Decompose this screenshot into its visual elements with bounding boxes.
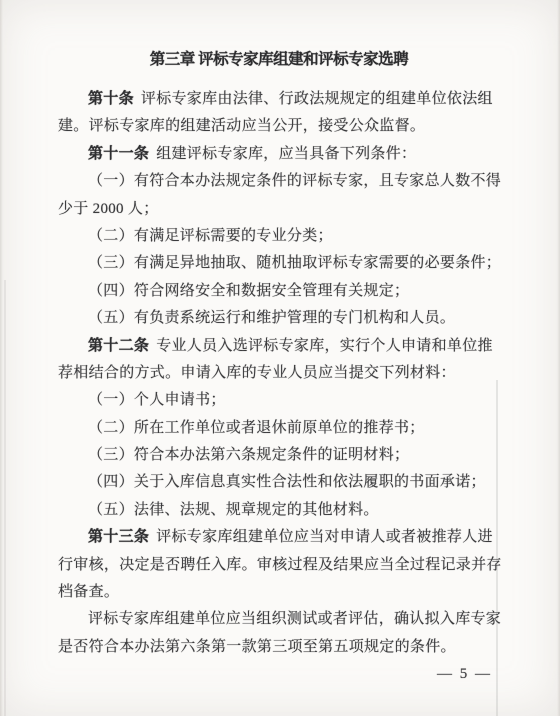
doc-line: 第十条评标专家库由法律、行政法规规定的组建单位依法组 bbox=[58, 86, 500, 113]
line-text: 档备查。 bbox=[58, 584, 119, 600]
doc-line: 评标专家库组建单位应当组织测试或者评估，确认拟入库专家 bbox=[58, 606, 500, 633]
doc-line: 少于 2000 人； bbox=[58, 196, 500, 223]
doc-line: 荐相结合的方式。申请入库的专业人员应当提交下列材料： bbox=[58, 360, 500, 387]
line-text: 评标专家库组建单位应当对申请人或者被推荐人进 bbox=[156, 529, 493, 545]
line-text: 少于 2000 人； bbox=[58, 201, 159, 217]
doc-line: 行审核，决定是否聘任入库。审核过程及结果应当全过程记录并存 bbox=[58, 552, 500, 579]
line-text: 建。评标专家库的组建活动应当公开，接受公众监督。 bbox=[58, 118, 425, 134]
line-text: （一）有符合本办法规定条件的评标专家，且专家总人数不得 bbox=[88, 173, 501, 189]
article-number: 第十三条 bbox=[88, 529, 149, 545]
line-text: （四）符合网络安全和数据安全管理有关规定； bbox=[88, 283, 409, 299]
doc-line: （三）有满足异地抽取、随机抽取评标专家需要的必要条件； bbox=[58, 250, 500, 277]
doc-line: （五）有负责系统运行和维护管理的专门机构和人员。 bbox=[58, 305, 500, 332]
chapter-title: 第三章 评标专家库组建和评标专家选聘 bbox=[58, 46, 500, 74]
doc-line: 建。评标专家库的组建活动应当公开，接受公众监督。 bbox=[58, 113, 500, 140]
doc-line: 是否符合本办法第六条第一款第三项至第五项规定的条件。 bbox=[58, 634, 500, 661]
line-text: 评标专家库组建单位应当组织测试或者评估，确认拟入库专家 bbox=[88, 611, 501, 627]
line-text: 是否符合本办法第六条第一款第三项至第五项规定的条件。 bbox=[58, 639, 456, 655]
doc-line: 第十二条专业人员入选评标专家库，实行个人申请和单位推 bbox=[58, 333, 500, 360]
line-text: （五）法律、法规、规章规定的其他材料。 bbox=[88, 502, 379, 518]
line-text: 荐相结合的方式。申请入库的专业人员应当提交下列材料： bbox=[58, 365, 456, 381]
doc-line: 第十一条组建评标专家库，应当具备下列条件： bbox=[58, 141, 500, 168]
scanned-document-page: 第三章 评标专家库组建和评标专家选聘 第十条评标专家库由法律、行政法规规定的组建… bbox=[0, 0, 560, 716]
line-text: 组建评标专家库，应当具备下列条件： bbox=[156, 146, 416, 162]
doc-line: （五）法律、法规、规章规定的其他材料。 bbox=[58, 497, 500, 524]
line-text: （二）所在工作单位或者退休前原单位的推荐书； bbox=[88, 420, 425, 436]
doc-line: （一）个人申请书； bbox=[58, 387, 500, 414]
article-number: 第十二条 bbox=[88, 338, 149, 354]
article-number: 第十一条 bbox=[88, 146, 149, 162]
doc-line: （二）有满足评标需要的专业分类； bbox=[58, 223, 500, 250]
doc-line: （四）关于入库信息真实性合法性和依法履职的书面承诺； bbox=[58, 469, 500, 496]
page-number: — 5 — bbox=[58, 661, 500, 688]
doc-line: （二）所在工作单位或者退休前原单位的推荐书； bbox=[58, 415, 500, 442]
line-text: 评标专家库由法律、行政法规规定的组建单位依法组 bbox=[141, 91, 493, 107]
doc-line: （三）符合本办法第六条规定条件的证明材料； bbox=[58, 442, 500, 469]
line-text: （三）符合本办法第六条规定条件的证明材料； bbox=[88, 447, 409, 463]
line-text: （四）关于入库信息真实性合法性和依法履职的书面承诺； bbox=[88, 474, 486, 490]
doc-line: 档备查。 bbox=[58, 579, 500, 606]
line-text: 专业人员入选评标专家库，实行个人申请和单位推 bbox=[156, 338, 493, 354]
article-number: 第十条 bbox=[88, 91, 134, 107]
doc-line: 第十三条评标专家库组建单位应当对申请人或者被推荐人进 bbox=[58, 524, 500, 551]
doc-line: （一）有符合本办法规定条件的评标专家，且专家总人数不得 bbox=[58, 168, 500, 195]
doc-line: （四）符合网络安全和数据安全管理有关规定； bbox=[58, 278, 500, 305]
line-text: （三）有满足异地抽取、随机抽取评标专家需要的必要条件； bbox=[88, 255, 501, 271]
line-text: （五）有负责系统运行和维护管理的专门机构和人员。 bbox=[88, 310, 455, 326]
document-content: 第三章 评标专家库组建和评标专家选聘 第十条评标专家库由法律、行政法规规定的组建… bbox=[0, 0, 560, 716]
line-text: （二）有满足评标需要的专业分类； bbox=[88, 228, 333, 244]
line-text: （一）个人申请书； bbox=[88, 392, 226, 408]
line-text: 行审核，决定是否聘任入库。审核过程及结果应当全过程记录并存 bbox=[58, 557, 502, 573]
